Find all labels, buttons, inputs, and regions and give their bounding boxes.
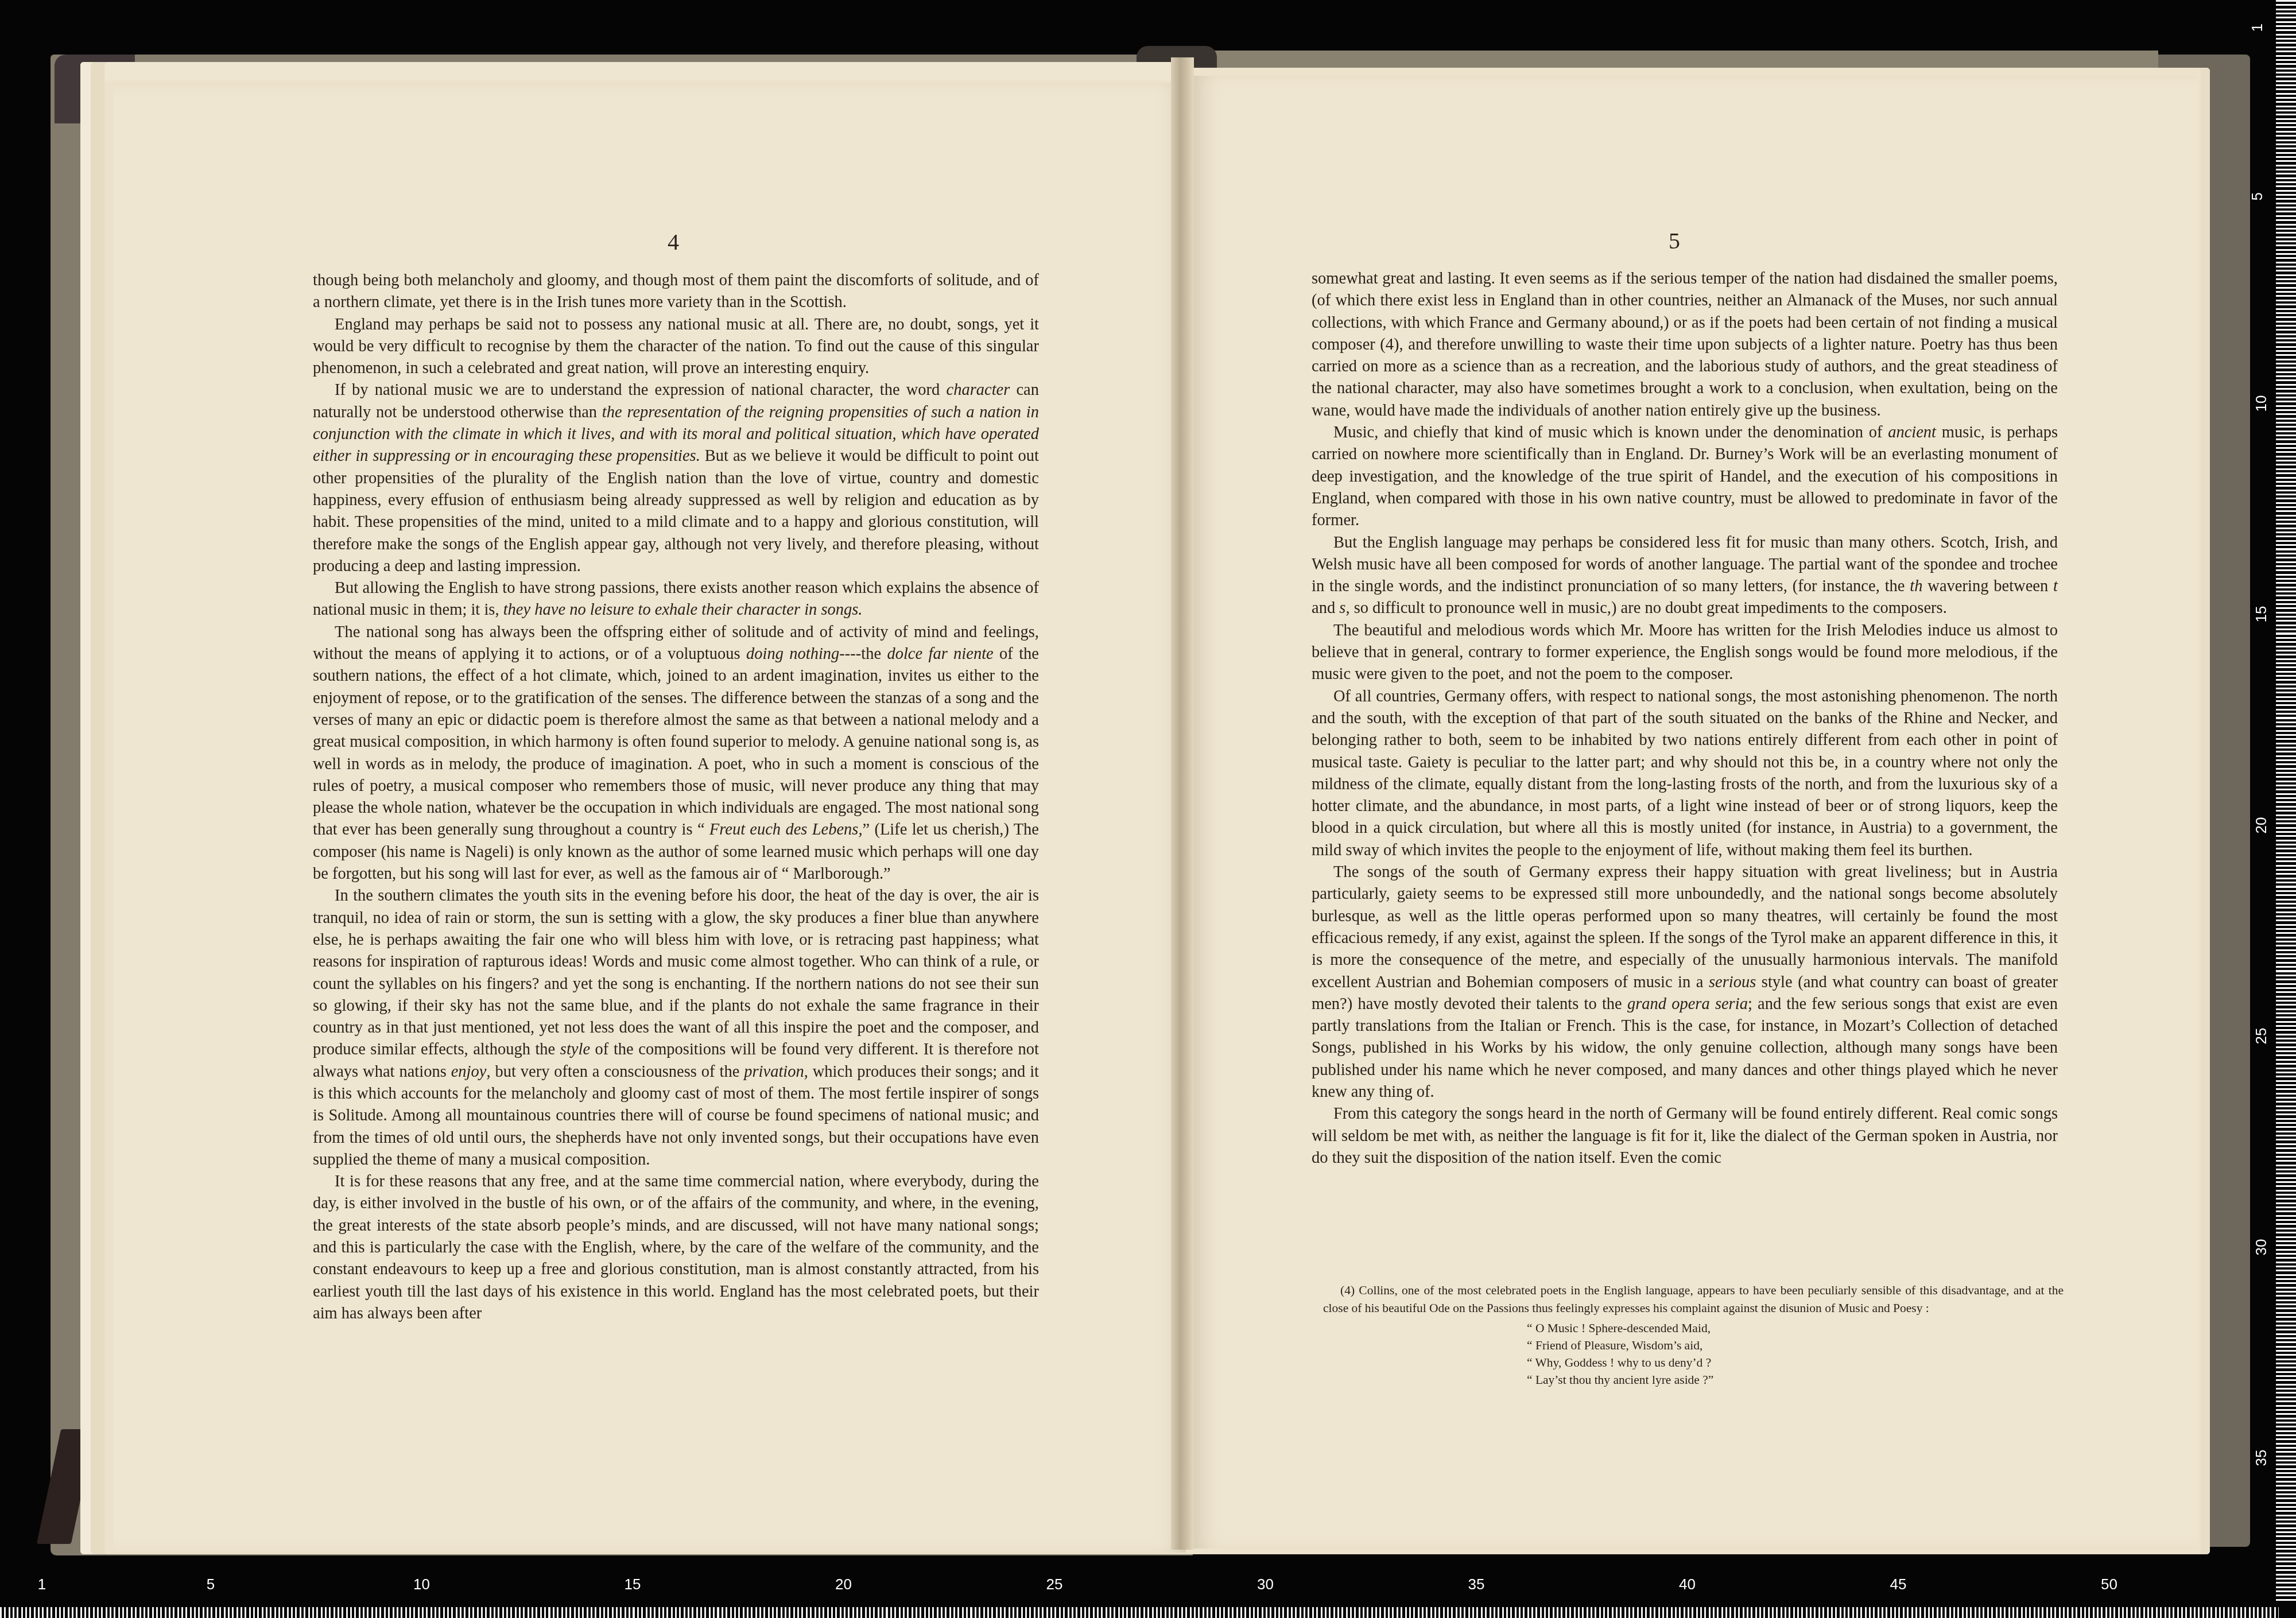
right-paragraph: Of all countries, Germany offers, with r… xyxy=(1312,686,2058,862)
italic-phrase: serious xyxy=(1709,973,1756,991)
text-run: The songs of the south of Germany expres… xyxy=(1312,863,2058,991)
ruler-tick-label: 20 xyxy=(2252,817,2270,833)
right-paragraph: The beautiful and melodious words which … xyxy=(1312,620,2058,686)
italic-phrase: dolce far niente xyxy=(887,645,993,663)
italic-phrase: th xyxy=(1910,577,1922,595)
right-paragraph: From this category the songs heard in th… xyxy=(1312,1103,2058,1169)
ruler-tick-label: 30 xyxy=(1257,1576,1274,1593)
ruler-tick-label: 45 xyxy=(1890,1576,1907,1593)
scale-ruler-right xyxy=(2276,0,2296,1601)
ruler-tick-label: 15 xyxy=(2252,606,2270,623)
ruler-tick-label: 10 xyxy=(413,1576,430,1593)
text-run: , so difficult to pronounce well in musi… xyxy=(1345,599,1946,617)
right-paragraph: The songs of the south of Germany expres… xyxy=(1312,862,2058,1103)
ruler-tick-label: 5 xyxy=(2248,192,2266,200)
text-run: Music, and chiefly that kind of music wh… xyxy=(1333,424,1888,441)
right-page-text: somewhat great and lasting. It even seem… xyxy=(1312,268,2058,1169)
book-gutter xyxy=(1171,57,1194,1550)
text-run: of the southern nations, the effect of a… xyxy=(313,645,1039,839)
text-run: In the southern climates the youth sits … xyxy=(313,887,1039,1058)
italic-phrase: they have no leisure to exhale their cha… xyxy=(503,601,863,619)
ruler-tick-label: 1 xyxy=(38,1576,46,1593)
ruler-tick-label: 35 xyxy=(1468,1576,1485,1593)
ruler-tick-label: 1 xyxy=(2248,24,2266,32)
ruler-tick-label: 5 xyxy=(207,1576,215,1593)
italic-phrase: grand opera seria xyxy=(1627,995,1748,1013)
left-paragraph: In the southern climates the youth sits … xyxy=(313,885,1039,1171)
italic-phrase: s xyxy=(1339,599,1345,617)
left-page-text: though being both melancholy and gloomy,… xyxy=(313,270,1039,1325)
left-paragraph: If by national music we are to understan… xyxy=(313,379,1039,577)
text-run: wavering between xyxy=(1923,577,2054,595)
poem-line: “ Why, Goddess ! why to us deny’d ? xyxy=(1527,1354,2064,1371)
page-number-right: 5 xyxy=(1657,227,1692,254)
ruler-tick-label: 40 xyxy=(1679,1576,1696,1593)
ruler-tick-label: 30 xyxy=(2252,1239,2270,1255)
ruler-tick-label: 15 xyxy=(625,1576,641,1593)
italic-phrase: style xyxy=(560,1041,590,1058)
ruler-tick-label: 50 xyxy=(2101,1576,2117,1593)
poem-line: “ O Music ! Sphere-descended Maid, xyxy=(1527,1320,2064,1337)
text-run: and xyxy=(1312,599,1339,617)
footnote-poem: “ O Music ! Sphere-descended Maid,“ Frie… xyxy=(1527,1320,2064,1388)
text-run: ----the xyxy=(839,645,887,663)
italic-phrase: Freut euch des Lebens, xyxy=(709,821,863,839)
page-number-left: 4 xyxy=(656,228,691,255)
text-run: But as we believe it would be difficult … xyxy=(313,447,1039,575)
left-paragraph: England may perhaps be said not to posse… xyxy=(313,314,1039,380)
italic-phrase: doing nothing xyxy=(746,645,839,663)
left-paragraph: though being both melancholy and gloomy,… xyxy=(313,270,1039,314)
text-run: If by national music we are to understan… xyxy=(335,381,947,399)
right-paragraph: somewhat great and lasting. It even seem… xyxy=(1312,268,2058,422)
ruler-tick-label: 20 xyxy=(835,1576,852,1593)
right-paragraph: Music, and chiefly that kind of music wh… xyxy=(1312,422,2058,531)
poem-line: “ Friend of Pleasure, Wisdom’s aid, xyxy=(1527,1337,2064,1354)
scale-ruler-bottom xyxy=(0,1601,2279,1618)
left-paragraph: It is for these reasons that any free, a… xyxy=(313,1171,1039,1325)
ruler-tick-label: 25 xyxy=(2252,1028,2270,1045)
italic-phrase: enjoy xyxy=(451,1063,487,1081)
italic-phrase: ancient xyxy=(1888,424,1936,441)
italic-phrase: privation xyxy=(744,1063,804,1081)
left-paragraph: The national song has always been the of… xyxy=(313,622,1039,886)
text-run: , but very often a consciousness of the xyxy=(486,1063,744,1081)
footnote: (4) Collins, one of the most celebrated … xyxy=(1323,1282,2064,1388)
italic-phrase: character xyxy=(947,381,1010,399)
ruler-tick-label: 10 xyxy=(2252,395,2270,412)
right-paragraph: But the English language may perhaps be … xyxy=(1312,532,2058,620)
left-paragraph: But allowing the English to have strong … xyxy=(313,577,1039,622)
italic-phrase: t xyxy=(2053,577,2058,595)
footnote-text: (4) Collins, one of the most celebrated … xyxy=(1323,1282,2064,1317)
ruler-tick-label: 25 xyxy=(1046,1576,1063,1593)
ruler-tick-label: 35 xyxy=(2252,1450,2270,1466)
poem-line: “ Lay’st thou thy ancient lyre aside ?” xyxy=(1527,1371,2064,1388)
